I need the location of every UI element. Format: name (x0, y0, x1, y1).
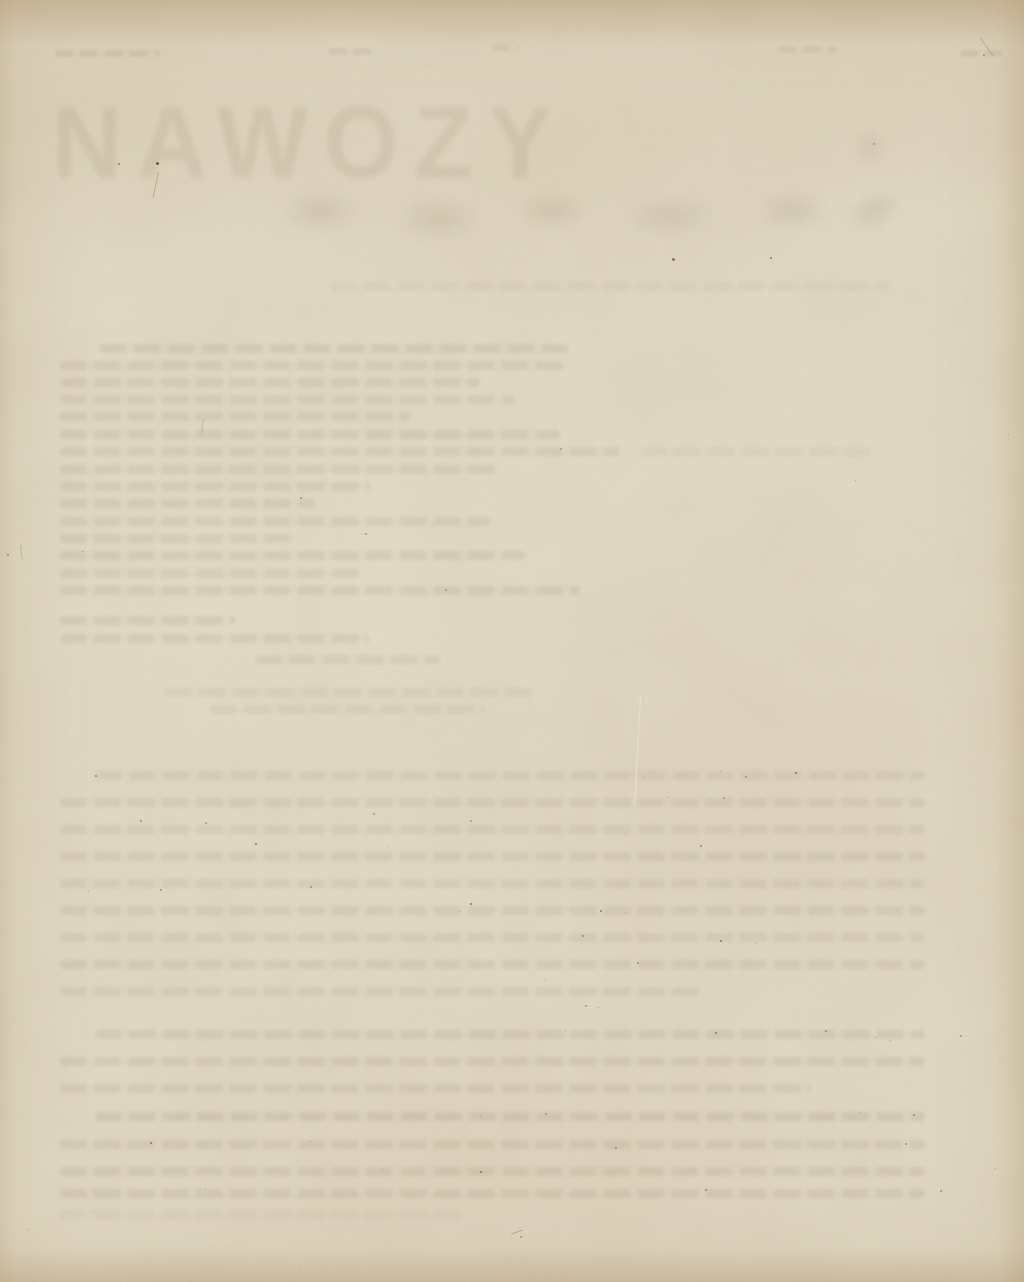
ghost-text-line (60, 569, 360, 578)
paper-fleck (873, 143, 875, 145)
paper-fleck (28, 1229, 29, 1230)
paper-scratch-fiber (201, 418, 204, 434)
paper-fleck (582, 935, 584, 937)
ghost-subtitle-smudge (846, 118, 894, 176)
scan-edge-shadow-top (0, 0, 1024, 46)
paper-fleck (598, 1007, 599, 1008)
paper-fleck (940, 1190, 942, 1192)
ghost-text-line (165, 688, 535, 697)
paper-fleck (667, 797, 668, 798)
ghost-subtitle-smudge (852, 185, 912, 225)
scanned-document-page: NAWOZY (0, 0, 1024, 1282)
ghost-text-line (60, 879, 925, 888)
ghost-text-line (60, 465, 500, 474)
paper-fleck (310, 1141, 311, 1142)
paper-scratch-fiber (634, 695, 641, 805)
ghost-text-line (60, 517, 490, 526)
paper-fleck (723, 797, 725, 799)
paper-fleck (203, 430, 204, 431)
ghost-text-line (60, 852, 925, 861)
paper-fleck (545, 980, 546, 981)
ghost-text-line (640, 447, 870, 456)
ghost-text-line (330, 282, 890, 291)
scan-edge-shadow-left (0, 0, 16, 1282)
paper-fleck (255, 843, 257, 845)
paper-fleck (672, 258, 675, 261)
paper-fleck (625, 913, 626, 914)
paper-fleck (150, 1142, 152, 1144)
ghost-text-line (60, 586, 580, 595)
paper-fleck (860, 1112, 861, 1113)
ghost-text-line (60, 1167, 925, 1176)
ghost-header-mark (55, 50, 160, 57)
paper-fleck (565, 1030, 566, 1031)
paper-fleck (445, 589, 447, 591)
ghost-text-line (60, 960, 925, 969)
ghost-text-line (60, 447, 620, 456)
paper-fleck (140, 820, 142, 822)
paper-fleck (470, 820, 472, 822)
paper-fleck (770, 257, 772, 259)
paper-fleck (160, 889, 162, 891)
ghost-text-line (60, 825, 925, 834)
ghost-text-line (60, 1057, 925, 1066)
paper-fleck (382, 1169, 383, 1170)
paper-fleck (560, 448, 562, 450)
paper-fleck (875, 1037, 876, 1038)
paper-fleck (585, 1005, 587, 1007)
paper-fleck (373, 813, 375, 815)
ghost-text-line (60, 1140, 925, 1149)
paper-fleck (720, 771, 721, 772)
paper-fleck (983, 54, 985, 56)
ghost-text-line (60, 634, 370, 643)
ghost-subtitle-smudge (742, 182, 842, 240)
ghost-text-line (60, 987, 700, 996)
ghost-header-mark (328, 48, 373, 55)
paper-fleck (795, 772, 797, 774)
ghost-text-line (60, 1084, 810, 1093)
paper-fleck (600, 910, 602, 912)
ghost-subtitle-smudge (606, 186, 736, 246)
paper-fleck (480, 1171, 482, 1173)
paper-fleck (905, 1143, 907, 1145)
ghost-page-title: NAWOZY (52, 84, 568, 202)
ghost-text-line (60, 412, 410, 421)
ghost-text-line (210, 705, 485, 714)
paper-fleck (745, 776, 747, 778)
ghost-subtitle-smudge (838, 190, 900, 242)
ghost-text-line (95, 1112, 925, 1121)
ghost-text-line (60, 430, 560, 439)
ghost-text-line (60, 1189, 925, 1198)
scan-edge-shadow-bottom (0, 1248, 1024, 1282)
paper-fleck (720, 940, 722, 942)
ghost-text-line (60, 395, 515, 404)
paper-fleck (520, 1236, 522, 1238)
paper-fleck (310, 886, 312, 888)
ghost-text-line (95, 1030, 925, 1039)
paper-fleck (890, 1040, 891, 1041)
paper-fleck (755, 943, 756, 944)
ghost-text-line (100, 344, 570, 353)
ghost-text-line (60, 616, 235, 625)
paper-fleck (705, 1189, 707, 1191)
paper-fleck (643, 777, 644, 778)
ghost-text-line (60, 1210, 460, 1219)
paper-fleck (460, 911, 461, 912)
ghost-header-mark (778, 46, 838, 53)
ghost-text-line (60, 551, 525, 560)
paper-fleck (825, 1030, 827, 1032)
paper-fleck (913, 1114, 915, 1116)
paper-fleck (95, 775, 97, 777)
paper-fleck (365, 533, 367, 535)
paper-fleck (637, 962, 639, 964)
paper-fleck (300, 497, 302, 499)
paper-fleck (615, 1147, 617, 1149)
scan-edge-shadow-right (996, 0, 1024, 1282)
ghost-text-line (60, 499, 315, 508)
paper-fleck (470, 903, 472, 905)
paper-fleck (205, 822, 207, 824)
ghost-text-line (60, 361, 565, 370)
ghost-text-line (60, 534, 295, 543)
ghost-text-line (255, 655, 440, 664)
paper-fleck (480, 1115, 481, 1116)
ghost-text-line (60, 933, 925, 942)
ghost-text-line (95, 771, 925, 780)
paper-fleck (700, 845, 702, 847)
ghost-text-line (60, 482, 370, 491)
paper-scratch-fiber (511, 1230, 523, 1235)
paper-fleck (82, 551, 83, 552)
paper-fleck (388, 846, 389, 847)
ghost-text-line (60, 798, 925, 807)
paper-fleck (960, 1035, 962, 1037)
paper-fleck (545, 1113, 547, 1115)
paper-fleck (715, 1032, 717, 1034)
paper-fleck (855, 480, 856, 481)
paper-fleck (88, 891, 89, 892)
ghost-text-line (60, 378, 480, 387)
paper-fleck (205, 1189, 206, 1190)
paper-scratch-fiber (20, 545, 22, 559)
ghost-text-line (60, 906, 925, 915)
